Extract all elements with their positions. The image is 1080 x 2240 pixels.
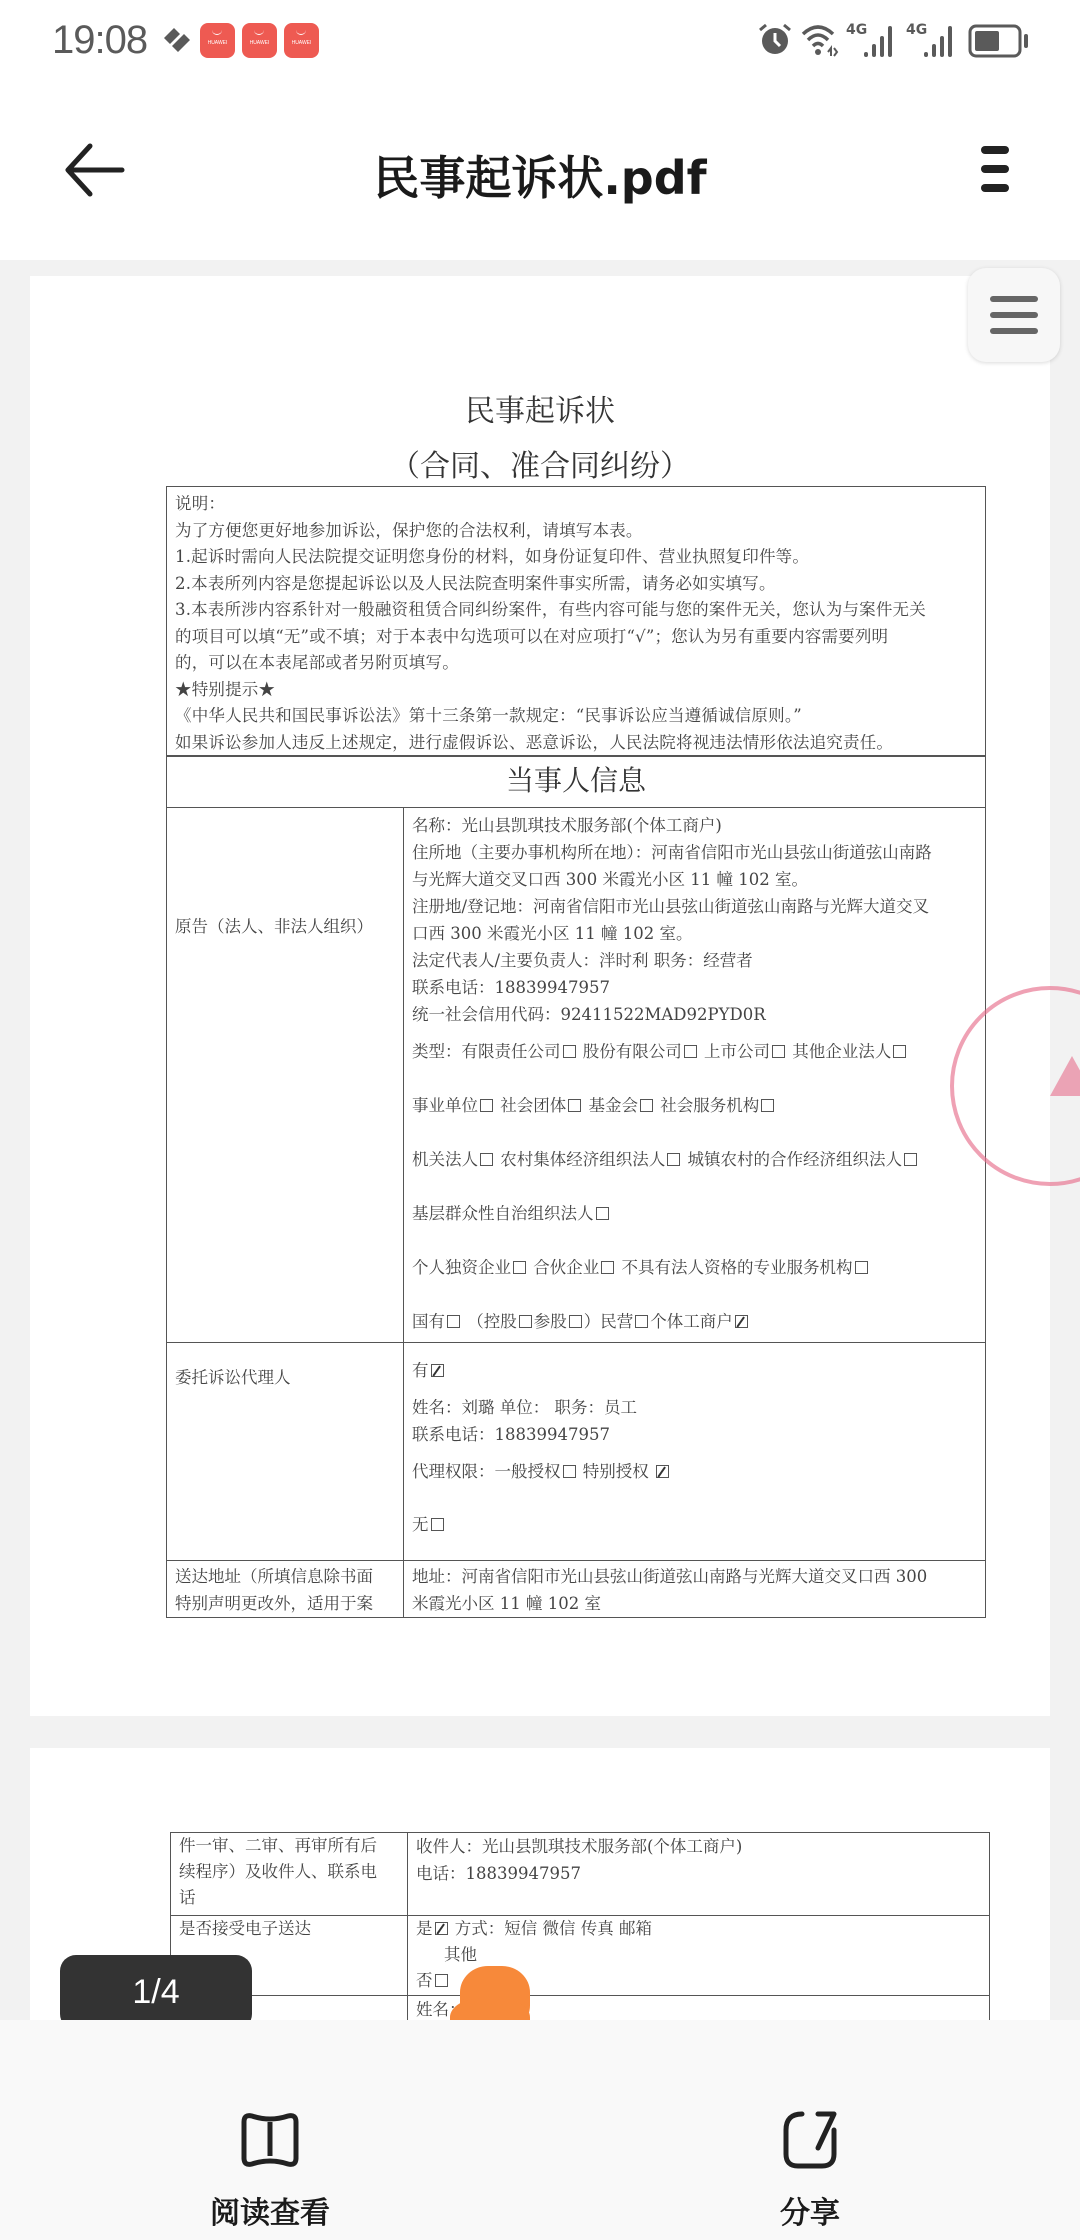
- plaintiff-details: 名称：光山县凯琪技术服务部(个体工商户) 住所地（主要办事机构所在地）：河南省信…: [404, 808, 985, 1342]
- floating-menu-button[interactable]: [968, 268, 1060, 362]
- service-address-label: 送达地址（所填信息除书面 特别声明更改外，适用于案: [167, 1561, 404, 1617]
- plaintiff-registered-address-cont: 口西 300 米霞光小区 11 幢 102 室。: [412, 920, 977, 947]
- checkbox-checked: [435, 1922, 448, 1935]
- checkbox-checked: [735, 1315, 748, 1328]
- plaintiff-representative: 法定代表人/主要负责人：泮时利 职务：经营者: [412, 947, 977, 974]
- bottom-action-bar: 阅读查看 分享: [0, 2020, 1080, 2240]
- alarm-icon: [757, 22, 793, 58]
- type-row-3: 机关法人 农村集体经济组织法人 城镇农村的合作经济组织法人: [412, 1146, 977, 1173]
- plaintiff-registered-address: 注册地/登记地：河南省信阳市光山县弦山街道弦山南路与光辉大道交叉: [412, 893, 977, 920]
- wifi-icon: [800, 22, 842, 58]
- checkbox: [667, 1153, 680, 1166]
- status-icons: 4G 4G: [740, 0, 1080, 84]
- checkbox: [447, 1315, 460, 1328]
- notes-line: 1.起诉时需向人民法院提交证明您身份的材料，如身份证复印件、营业执照复印件等。: [175, 544, 977, 571]
- signal-icon: [862, 24, 896, 58]
- agent-authority: 代理权限：一般授权 特别授权: [412, 1458, 977, 1485]
- huawei-app-notification-icon: HUAWEI: [284, 23, 319, 58]
- checkbox: [480, 1099, 493, 1112]
- battery-icon: [968, 24, 1030, 58]
- checkbox: [519, 1315, 532, 1328]
- share-label: 分享: [660, 2188, 960, 2232]
- checkbox: [635, 1315, 648, 1328]
- health-icon: [160, 24, 194, 58]
- page-title: 民事起诉状.pdf: [0, 142, 1080, 208]
- checkbox: [855, 1261, 868, 1274]
- agent-details: 有 姓名：刘璐 单位： 职务：员工 联系电话：18839947957 代理权限：…: [404, 1343, 985, 1560]
- notes-line: 3.本表所涉内容系针对一般融资租赁合同纠纷案件，有些内容可能与您的案件无关，您认…: [175, 597, 977, 624]
- notes-line: 为了方便您更好地参加诉讼，保护您的合法权利，请填写本表。: [175, 518, 977, 545]
- type-row-5: 个人独资企业 合伙企业 不具有法人资格的专业服务机构: [412, 1254, 977, 1281]
- checkbox-checked: [431, 1364, 444, 1377]
- notes-line: 的项目可以填“无”或不填；对于本表中勾选项可以在对应项打“√”；您认为另有重要内…: [175, 624, 977, 651]
- checkbox: [640, 1099, 653, 1112]
- type-row-2: 事业单位 社会团体 基金会 社会服务机构: [412, 1092, 977, 1119]
- checkbox: [772, 1045, 785, 1058]
- agent-label: 委托诉讼代理人: [167, 1343, 404, 1560]
- plaintiff-label: 原告（法人、非法人组织）: [167, 808, 404, 1342]
- share-button[interactable]: 分享: [660, 2020, 960, 2240]
- seal-star-icon: [1050, 1056, 1080, 1096]
- agent-phone: 联系电话：18839947957: [412, 1421, 977, 1448]
- title-bar: 民事起诉状.pdf: [0, 84, 1080, 260]
- document-subtitle: （合同、准合同纠纷）: [30, 441, 1050, 485]
- checkbox: [761, 1099, 774, 1112]
- service-recipient-row: 件一审、二审、再审所有后 续程序）及收件人、联系电 话 收件人：光山县凯琪技术服…: [170, 1832, 990, 1916]
- agent-row: 委托诉讼代理人 有 姓名：刘璐 单位： 职务：员工 联系电话：188399479…: [166, 1343, 986, 1561]
- section-header-parties: 当事人信息: [166, 756, 986, 808]
- huawei-app-notification-icon: HUAWEI: [242, 23, 277, 58]
- agent-has: 有: [412, 1357, 977, 1384]
- checkbox: [431, 1518, 444, 1531]
- service-address-details: 地址：河南省信阳市光山县弦山街道弦山南路与光辉大道交叉口西 300 米霞光小区 …: [404, 1561, 985, 1617]
- type-row-6: 国有 （控股参股）民营个体工商户: [412, 1308, 977, 1335]
- checkbox: [601, 1261, 614, 1274]
- signal-icon: [922, 24, 956, 58]
- type-row-4: 基层群众性自治组织法人: [412, 1200, 977, 1227]
- checkbox: [480, 1153, 493, 1166]
- agent-none: 无: [412, 1511, 977, 1538]
- checkbox: [569, 1315, 582, 1328]
- plaintiff-address: 住所地（主要办事机构所在地）：河南省信阳市光山县弦山街道弦山南路: [412, 839, 977, 866]
- agent-name: 姓名：刘璐 单位： 职务：员工: [412, 1394, 977, 1421]
- checkbox: [563, 1465, 576, 1478]
- pdf-page-1: 民事起诉状 （合同、准合同纠纷） 说明： 为了方便您更好地参加诉讼，保护您的合法…: [30, 276, 1050, 1716]
- plaintiff-row: 原告（法人、非法人组织） 名称：光山县凯琪技术服务部(个体工商户) 住所地（主要…: [166, 808, 986, 1343]
- menu-icon: [990, 296, 1038, 302]
- notes-line: ★特别提示★: [175, 677, 977, 704]
- plaintiff-credit-code: 统一社会信用代码：92411522MAD92PYD0R: [412, 1001, 977, 1028]
- plaintiff-address-cont: 与光辉大道交叉口西 300 米霞光小区 11 幢 102 室。: [412, 866, 977, 893]
- plaintiff-phone: 联系电话：18839947957: [412, 974, 977, 1001]
- type-row-1: 类型：有限责任公司 股份有限公司 上市公司 其他企业法人: [412, 1038, 977, 1065]
- instructions-box: 说明： 为了方便您更好地参加诉讼，保护您的合法权利，请填写本表。 1.起诉时需向…: [166, 486, 986, 756]
- status-bar: 19:08 HUAWEI HUAWEI HUAWEI 4G 4G: [0, 0, 1080, 84]
- checkbox: [596, 1207, 609, 1220]
- more-options-icon[interactable]: [975, 146, 1015, 196]
- read-view-button[interactable]: 阅读查看: [120, 2020, 420, 2240]
- checkbox: [563, 1045, 576, 1058]
- service-recipient-details: 收件人：光山县凯琪技术服务部(个体工商户) 电话：18839947957: [408, 1833, 989, 1915]
- checkbox: [513, 1261, 526, 1274]
- notes-line: 2.本表所列内容是您提起诉讼以及人民法院查明案件事实所需，请务必如实填写。: [175, 571, 977, 598]
- share-icon: [778, 2108, 842, 2172]
- notes-line: 《中华人民共和国民事诉讼法》第十三条第一款规定：“民事诉讼应当遵循诚信原则。”: [175, 703, 977, 730]
- page-indicator: 1/4: [60, 1955, 252, 2030]
- notes-line: 如果诉讼参加人违反上述规定，进行虚假诉讼、恶意诉讼，人民法院将视违法情形依法追究…: [175, 730, 977, 757]
- checkbox: [568, 1099, 581, 1112]
- checkbox: [435, 1974, 448, 1987]
- read-view-label: 阅读查看: [120, 2188, 420, 2232]
- checkbox: [893, 1045, 906, 1058]
- service-address-row: 送达地址（所填信息除书面 特别声明更改外，适用于案 地址：河南省信阳市光山县弦山…: [166, 1561, 986, 1618]
- notes-line: 说明：: [175, 491, 977, 518]
- checkbox-checked: [656, 1465, 669, 1478]
- book-icon: [238, 2108, 302, 2172]
- service-recipient-label: 件一审、二审、再审所有后 续程序）及收件人、联系电 话: [171, 1833, 408, 1915]
- e-service-row: 是否接受电子送达 是 方式：短信 微信 传真 邮箱 其他 否: [170, 1916, 990, 1996]
- plaintiff-name: 名称：光山县凯琪技术服务部(个体工商户): [412, 812, 977, 839]
- notes-line: 的，可以在本表尾部或者另附页填写。: [175, 650, 977, 677]
- checkbox: [904, 1153, 917, 1166]
- checkbox: [684, 1045, 697, 1058]
- status-time: 19:08: [52, 18, 147, 63]
- huawei-app-notification-icon: HUAWEI: [200, 23, 235, 58]
- pdf-viewer[interactable]: 民事起诉状 （合同、准合同纠纷） 说明： 为了方便您更好地参加诉讼，保护您的合法…: [0, 260, 1080, 2040]
- document-title: 民事起诉状: [30, 386, 1050, 430]
